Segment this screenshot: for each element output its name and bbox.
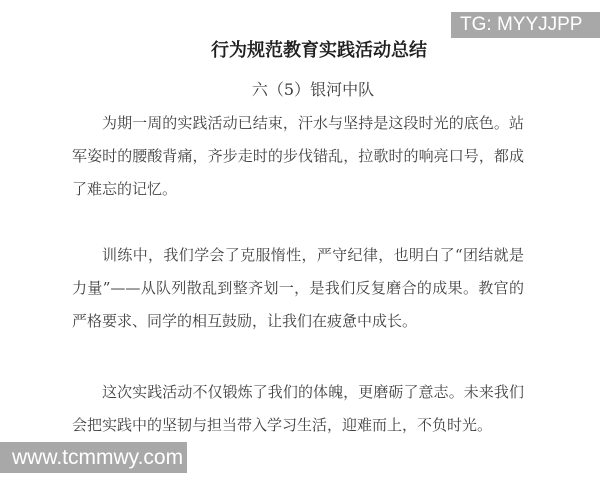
- document-subtitle: 六（5）银河中队: [13, 79, 600, 101]
- document-body: 为期一周的实践活动已结束，汗水与坚持是这段时光的底色。站军姿时的腰酸背痛，齐步走…: [72, 107, 524, 442]
- text-line: 力量”——从队列散乱到整齐划一，是我们反复磨合的成果。教官的: [72, 272, 524, 305]
- text-line: 会把实践中的坚韧与担当带入学习生活，迎难而上，不负时光。: [72, 409, 524, 442]
- text-line: 这次实践活动不仅锻炼了我们的体魄，更磨砺了意志。未来我们: [72, 376, 524, 409]
- text-line: 为期一周的实践活动已结束，汗水与坚持是这段时光的底色。站: [72, 107, 524, 140]
- page: { "watermarks": { "top_right": { "label"…: [0, 0, 600, 480]
- paragraph: 为期一周的实践活动已结束，汗水与坚持是这段时光的底色。站军姿时的腰酸背痛，齐步走…: [72, 107, 524, 206]
- document-title: 行为规范教育实践活动总结: [19, 38, 600, 62]
- text-line: 严格要求、同学的相互鼓励，让我们在疲惫中成长。: [72, 305, 524, 338]
- paragraph: 训练中，我们学会了克服惰性，严守纪律，也明白了“团结就是力量”——从队列散乱到整…: [72, 239, 524, 338]
- text-line: 军姿时的腰酸背痛，齐步走时的步伐错乱，拉歌时的响亮口号，都成: [72, 140, 524, 173]
- text-line: 训练中，我们学会了克服惰性，严守纪律，也明白了“团结就是: [72, 239, 524, 272]
- watermark-top-right: TG: MYYJJPP: [451, 12, 600, 38]
- paragraph: 这次实践活动不仅锻炼了我们的体魄，更磨砺了意志。未来我们会把实践中的坚韧与担当带…: [72, 376, 524, 442]
- text-line: 了难忘的记忆。: [72, 173, 524, 206]
- watermark-bottom-left: www.tcmmwy.com: [0, 442, 187, 473]
